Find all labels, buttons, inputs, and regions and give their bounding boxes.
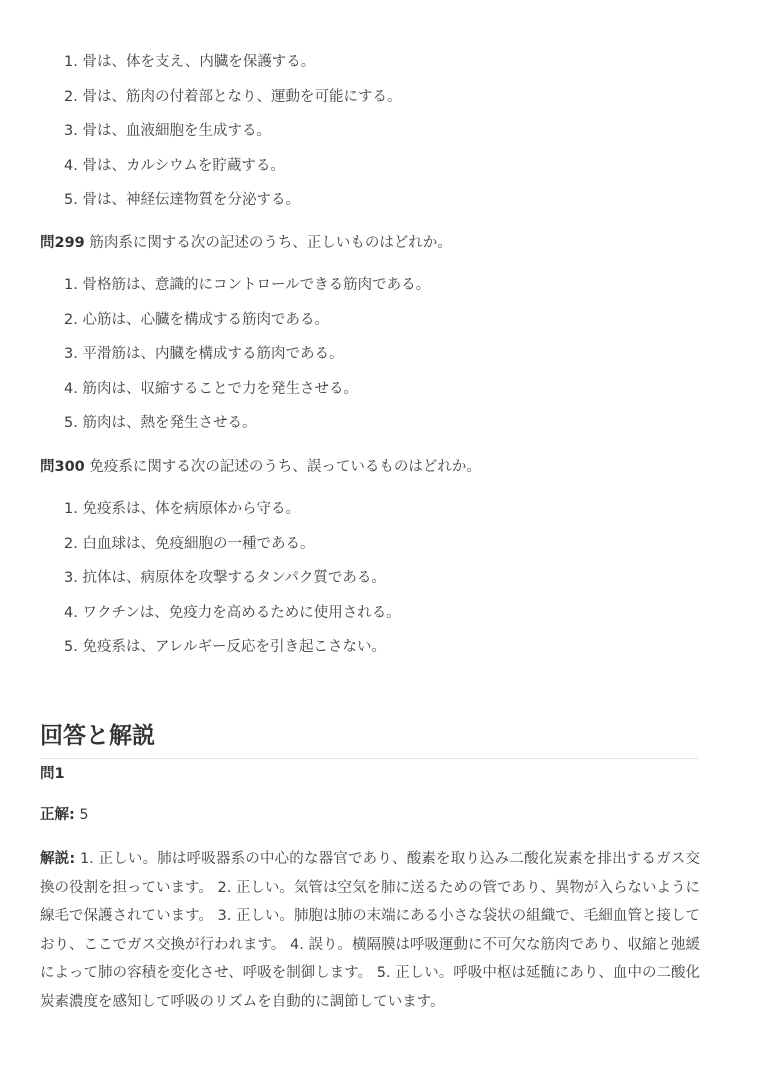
choice-item: 3. 平滑筋は、内臓を構成する筋肉である。 xyxy=(64,337,430,372)
q299-choice-list: 1. 骨格筋は、意識的にコントロールできる筋肉である。 2. 心筋は、心臓を構成… xyxy=(40,268,430,441)
explanation: 解説: 1. 正しい。肺は呼吸器系の中心的な器官であり、酸素を取り込み二酸化炭素… xyxy=(40,845,700,1016)
choice-item: 5. 骨は、神経伝達物質を分泌する。 xyxy=(64,183,401,218)
explanation-text: 1. 正しい。肺は呼吸器系の中心的な器官であり、酸素を取り込み二酸化炭素を排出す… xyxy=(40,851,700,1010)
choice-item: 5. 筋肉は、熱を発生させる。 xyxy=(64,406,430,441)
correct-answer: 正解: 5 xyxy=(40,803,89,824)
question-number: 問299 xyxy=(40,235,85,251)
answers-section-heading: 回答と解説 xyxy=(40,717,698,759)
choice-item: 3. 抗体は、病原体を攻撃するタンパク質である。 xyxy=(64,561,401,596)
question-300: 問300 免疫系に関する次の記述のうち、誤っているものはどれか。 xyxy=(40,447,481,487)
correct-answer-value: 5 xyxy=(75,807,89,823)
choice-item: 4. 筋肉は、収縮することで力を発生させる。 xyxy=(64,372,430,407)
q298-choice-list: 1. 骨は、体を支え、内臓を保護する。 2. 骨は、筋肉の付着部となり、運動を可… xyxy=(40,45,401,218)
question-text: 免疫系に関する次の記述のうち、誤っているものはどれか。 xyxy=(85,459,481,475)
explanation-label: 解説: xyxy=(40,851,75,867)
choice-item: 1. 免疫系は、体を病原体から守る。 xyxy=(64,492,401,527)
choice-item: 2. 骨は、筋肉の付着部となり、運動を可能にする。 xyxy=(64,80,401,115)
choice-item: 1. 骨は、体を支え、内臓を保護する。 xyxy=(64,45,401,80)
answer-question-label: 問1 xyxy=(40,762,65,783)
question-text: 筋肉系に関する次の記述のうち、正しいものはどれか。 xyxy=(85,235,452,251)
question-number: 問300 xyxy=(40,459,85,475)
q300-choice-list: 1. 免疫系は、体を病原体から守る。 2. 白血球は、免疫細胞の一種である。 3… xyxy=(40,492,401,665)
choice-item: 3. 骨は、血液細胞を生成する。 xyxy=(64,114,401,149)
question-299: 問299 筋肉系に関する次の記述のうち、正しいものはどれか。 xyxy=(40,223,452,263)
choice-item: 4. 骨は、カルシウムを貯蔵する。 xyxy=(64,149,401,184)
choice-item: 2. 心筋は、心臓を構成する筋肉である。 xyxy=(64,303,430,338)
choice-item: 5. 免疫系は、アレルギー反応を引き起こさない。 xyxy=(64,630,401,665)
choice-item: 4. ワクチンは、免疫力を高めるために使用される。 xyxy=(64,596,401,631)
correct-answer-label: 正解: xyxy=(40,807,75,823)
choice-item: 1. 骨格筋は、意識的にコントロールできる筋肉である。 xyxy=(64,268,430,303)
choice-item: 2. 白血球は、免疫細胞の一種である。 xyxy=(64,527,401,562)
